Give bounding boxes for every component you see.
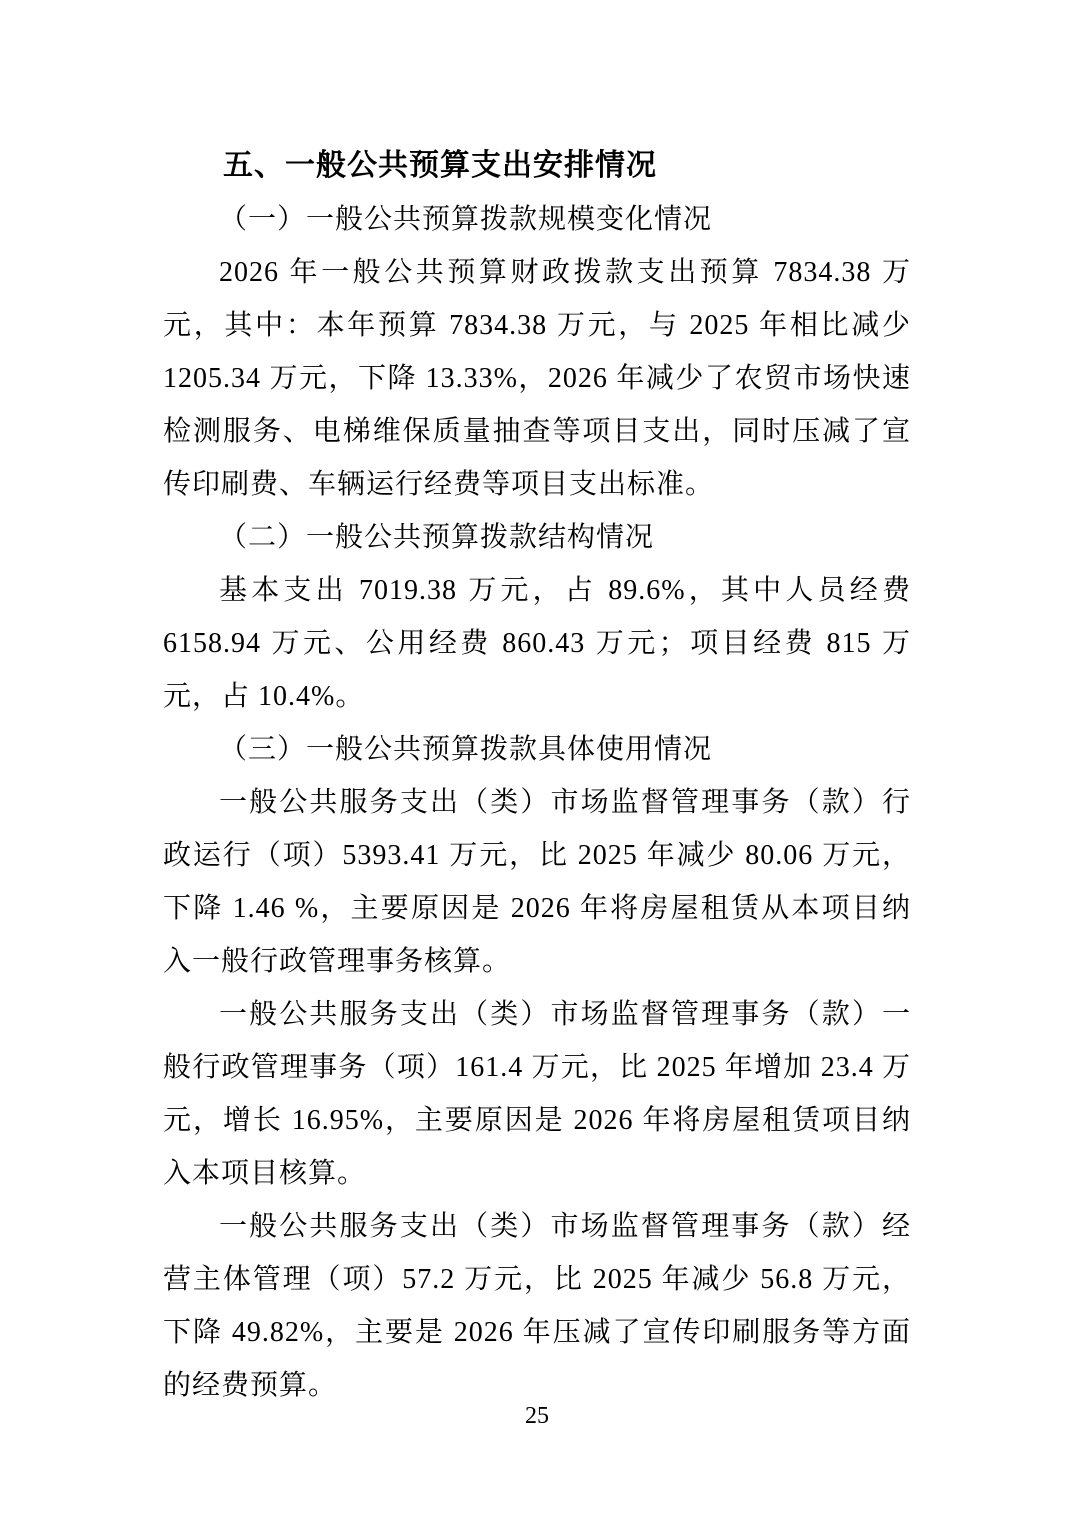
page-number: 25: [0, 1398, 1074, 1434]
paragraph-business-entity-management: 一般公共服务支出（类）市场监督管理事务（款）经营主体管理（项）57.2 万元，比…: [163, 1200, 911, 1412]
paragraph-general-admin-affairs: 一般公共服务支出（类）市场监督管理事务（款）一般行政管理事务（项）161.4 万…: [163, 988, 911, 1200]
document-content: 五、一般公共预算支出安排情况 （一）一般公共预算拨款规模变化情况 2026 年一…: [163, 138, 911, 1412]
paragraph-funding-structure: 基本支出 7019.38 万元，占 89.6%，其中人员经费 6158.94 万…: [163, 564, 911, 723]
subsection-heading-2: （二）一般公共预算拨款结构情况: [163, 511, 911, 564]
paragraph-funding-scale-change: 2026 年一般公共预算财政拨款支出预算 7834.38 万元，其中：本年预算 …: [163, 246, 911, 511]
paragraph-admin-operation: 一般公共服务支出（类）市场监督管理事务（款）行政运行（项）5393.41 万元，…: [163, 776, 911, 988]
subsection-heading-3: （三）一般公共预算拨款具体使用情况: [163, 723, 911, 776]
subsection-heading-1: （一）一般公共预算拨款规模变化情况: [163, 193, 911, 246]
document-page: 五、一般公共预算支出安排情况 （一）一般公共预算拨款规模变化情况 2026 年一…: [0, 0, 1074, 1520]
section-heading-5: 五、一般公共预算支出安排情况: [163, 138, 911, 193]
